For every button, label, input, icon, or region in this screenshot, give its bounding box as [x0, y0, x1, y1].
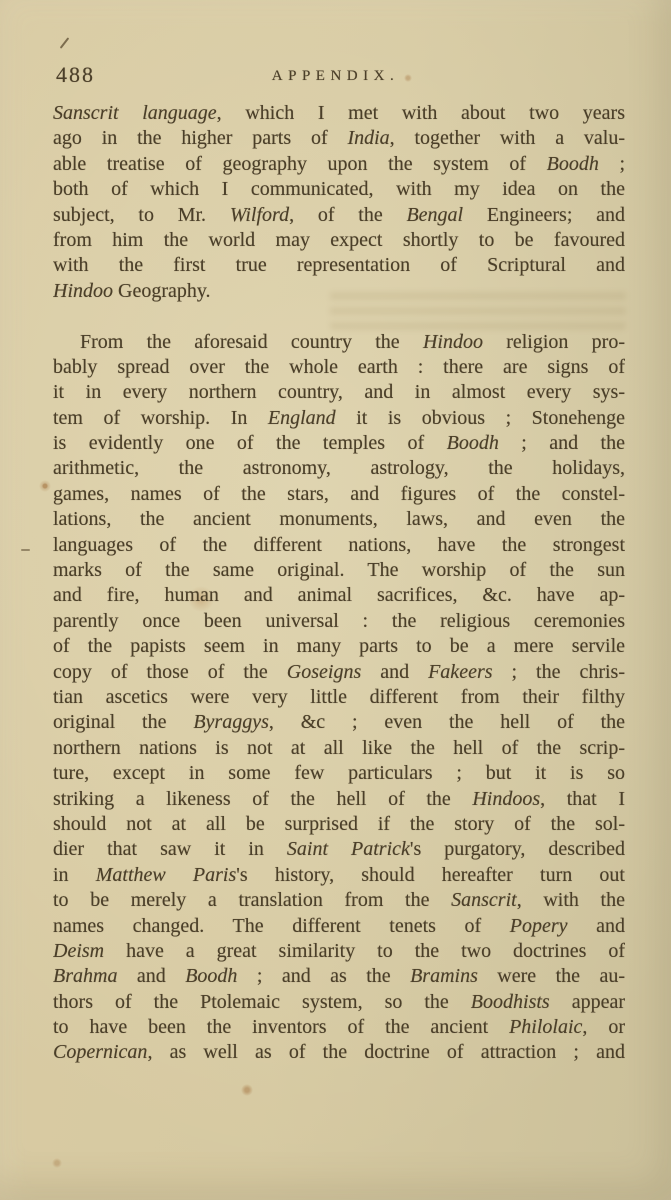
text-line: arithmetic, the astronomy, astrology, th…	[53, 456, 625, 481]
text-segment: and fire, human and animal sacrifices, &…	[53, 584, 625, 606]
text-line: both of which I communicated, with my id…	[53, 177, 625, 202]
text-segment: tem of worship. In	[53, 407, 268, 429]
text-segment: should not at all be surprised if the st…	[53, 813, 625, 835]
text-line: ture, except in some few particulars ; b…	[53, 761, 625, 786]
italic-text-segment: Hindoos	[472, 788, 540, 810]
text-line: thors of the Ptolemaic system, so the Bo…	[53, 990, 625, 1015]
italic-text-segment: Sanscrit language	[53, 102, 217, 124]
text-segment: dier that saw it in	[53, 838, 287, 860]
text-segment: 's history, should hereafter turn out	[236, 864, 625, 886]
text-block: Sanscrit language, which I met with abou…	[53, 101, 625, 1066]
italic-text-segment: England	[268, 407, 336, 429]
text-segment: is evidently one of the temples of	[53, 432, 447, 454]
italic-text-segment: Bramins	[410, 965, 478, 987]
text-line: languages of the different nations, have…	[53, 533, 625, 558]
italic-text-segment: Deism	[53, 940, 104, 962]
text-line: to have been the inventors of the ancien…	[53, 1015, 625, 1040]
text-line: northern nations is not at all like the …	[53, 736, 625, 761]
text-line: Hindoo Geography.	[53, 279, 625, 304]
text-line: ago in the higher parts of India, togeth…	[53, 126, 625, 151]
text-segment: subject, to Mr.	[53, 204, 230, 226]
text-line: to be merely a translation from the Sans…	[53, 888, 625, 913]
text-line: original the Byraggys, &c ; even the hel…	[53, 710, 625, 735]
text-segment: and	[568, 915, 625, 937]
italic-text-segment: Sanscrit	[451, 889, 517, 911]
text-segment: games, names of the stars, and figures o…	[53, 483, 625, 505]
italic-text-segment: Brahma	[53, 965, 117, 987]
text-segment: copy of those of the	[53, 661, 287, 683]
text-segment: and	[361, 661, 428, 683]
text-line: dier that saw it in Saint Patrick's purg…	[53, 837, 625, 862]
text-segment: and	[117, 965, 185, 987]
italic-text-segment: Boodh	[185, 965, 237, 987]
text-segment: it in every northern country, and in alm…	[53, 381, 625, 403]
italic-text-segment: Boodh	[547, 153, 599, 175]
text-segment: Geography.	[113, 280, 211, 302]
paragraph-1: Sanscrit language, which I met with abou…	[53, 101, 625, 304]
text-segment: Engineers; and	[463, 204, 625, 226]
text-segment: arithmetic, the astronomy, astrology, th…	[53, 457, 625, 479]
text-segment: thors of the Ptolemaic system, so the	[53, 991, 471, 1013]
text-segment: tian ascetics were very little different…	[53, 686, 625, 708]
text-line: bably spread over the whole earth : ther…	[53, 355, 625, 380]
running-head: APPENDIX.	[0, 68, 671, 85]
text-line: tem of worship. In England it is obvious…	[53, 406, 625, 431]
text-line: names changed. The different tenets of P…	[53, 914, 625, 939]
italic-text-segment: Goseigns	[287, 661, 361, 683]
text-line: is evidently one of the temples of Boodh…	[53, 431, 625, 456]
italic-text-segment: Popery	[510, 915, 568, 937]
text-line: striking a likeness of the hell of the H…	[53, 787, 625, 812]
text-line: able treatise of geography upon the syst…	[53, 152, 625, 177]
text-segment: able treatise of geography upon the syst…	[53, 153, 547, 175]
text-line: games, names of the stars, and figures o…	[53, 482, 625, 507]
text-line: of the papists seem in many parts to be …	[53, 634, 625, 659]
italic-text-segment: Matthew Paris	[96, 864, 237, 886]
text-line: lations, the ancient monuments, laws, an…	[53, 507, 625, 532]
text-segment: , together with a valu-	[390, 127, 625, 149]
text-segment: , with the	[517, 889, 625, 911]
text-segment: 's purgatory, described	[410, 838, 625, 860]
text-segment: religion pro-	[483, 331, 625, 353]
text-segment: , &c ; even the hell of the	[269, 711, 625, 733]
text-line: Deism have a great similarity to the two…	[53, 939, 625, 964]
text-segment: marks of the same original. The worship …	[53, 559, 625, 581]
italic-text-segment: Bengal	[406, 204, 463, 226]
italic-text-segment: Copernican	[53, 1041, 147, 1063]
text-line: Brahma and Boodh ; and as the Bramins we…	[53, 964, 625, 989]
italic-text-segment: Byraggys	[193, 711, 269, 733]
pen-mark	[60, 37, 70, 48]
italic-text-segment: Saint Patrick	[287, 838, 410, 860]
text-line: subject, to Mr. Wilford, of the Bengal E…	[53, 203, 625, 228]
text-segment: , of the	[289, 204, 406, 226]
text-line: tian ascetics were very little different…	[53, 685, 625, 710]
text-segment: languages of the different nations, have…	[53, 534, 625, 556]
text-line: Copernican, as well as of the doctrine o…	[53, 1040, 625, 1065]
text-segment: it is obvious ; Stonehenge	[336, 407, 625, 429]
text-segment: lations, the ancient monuments, laws, an…	[53, 508, 625, 530]
italic-text-segment: Boodhists	[471, 991, 550, 1013]
italic-text-segment: Hindoo	[53, 280, 113, 302]
text-segment: , that I	[540, 788, 625, 810]
text-segment: were the au-	[478, 965, 625, 987]
italic-text-segment: Wilford	[230, 204, 289, 226]
italic-text-segment: India	[347, 127, 389, 149]
text-line: with the first true representation of Sc…	[53, 253, 625, 278]
text-segment: have a great similarity to the two doctr…	[104, 940, 625, 962]
text-segment: northern nations is not at all like the …	[53, 737, 625, 759]
text-segment: ;	[599, 153, 625, 175]
text-segment: in	[53, 864, 96, 886]
text-line: it in every northern country, and in alm…	[53, 380, 625, 405]
text-segment: original the	[53, 711, 193, 733]
text-line: parently once been universal : the relig…	[53, 609, 625, 634]
text-segment: striking a likeness of the hell of the	[53, 788, 472, 810]
text-line: copy of those of the Goseigns and Fakeer…	[53, 660, 625, 685]
italic-text-segment: Hindoo	[423, 331, 483, 353]
margin-mark	[21, 549, 30, 551]
text-line: Sanscrit language, which I met with abou…	[53, 101, 625, 126]
text-segment: ; and the	[499, 432, 625, 454]
text-line: from him the world may expect shortly to…	[53, 228, 625, 253]
text-segment: ; the chris-	[493, 661, 625, 683]
text-segment: bably spread over the whole earth : ther…	[53, 356, 625, 378]
text-segment: with the first true representation of Sc…	[53, 254, 625, 276]
text-segment: , or	[582, 1016, 625, 1038]
text-segment: names changed. The different tenets of	[53, 915, 510, 937]
text-line: and fire, human and animal sacrifices, &…	[53, 583, 625, 608]
text-segment: , as well as of the doctrine of attracti…	[147, 1041, 625, 1063]
text-segment: ture, except in some few particulars ; b…	[53, 762, 625, 784]
text-segment: to have been the inventors of the ancien…	[53, 1016, 509, 1038]
italic-text-segment: Boodh	[447, 432, 499, 454]
text-segment: from him the world may expect shortly to…	[53, 229, 625, 251]
text-line: should not at all be surprised if the st…	[53, 812, 625, 837]
text-segment: both of which I communicated, with my id…	[53, 178, 625, 200]
text-segment: to be merely a translation from the	[53, 889, 451, 911]
italic-text-segment: Fakeers	[428, 661, 492, 683]
paragraph-2: From the aforesaid country the Hindoo re…	[53, 330, 625, 1066]
text-line: in Matthew Paris's history, should herea…	[53, 863, 625, 888]
text-segment: appear	[550, 991, 625, 1013]
text-segment: , which I met with about two years	[217, 102, 625, 124]
text-segment: From the aforesaid country the	[80, 331, 423, 353]
text-segment: parently once been universal : the relig…	[53, 610, 625, 632]
text-line: From the aforesaid country the Hindoo re…	[53, 330, 625, 355]
italic-text-segment: Philolaic	[509, 1016, 582, 1038]
text-segment: ; and as the	[237, 965, 410, 987]
text-line: marks of the same original. The worship …	[53, 558, 625, 583]
text-segment: of the papists seem in many parts to be …	[53, 635, 625, 657]
book-page: 488 APPENDIX. Sanscrit language, which I…	[0, 0, 671, 1200]
text-segment: ago in the higher parts of	[53, 127, 347, 149]
